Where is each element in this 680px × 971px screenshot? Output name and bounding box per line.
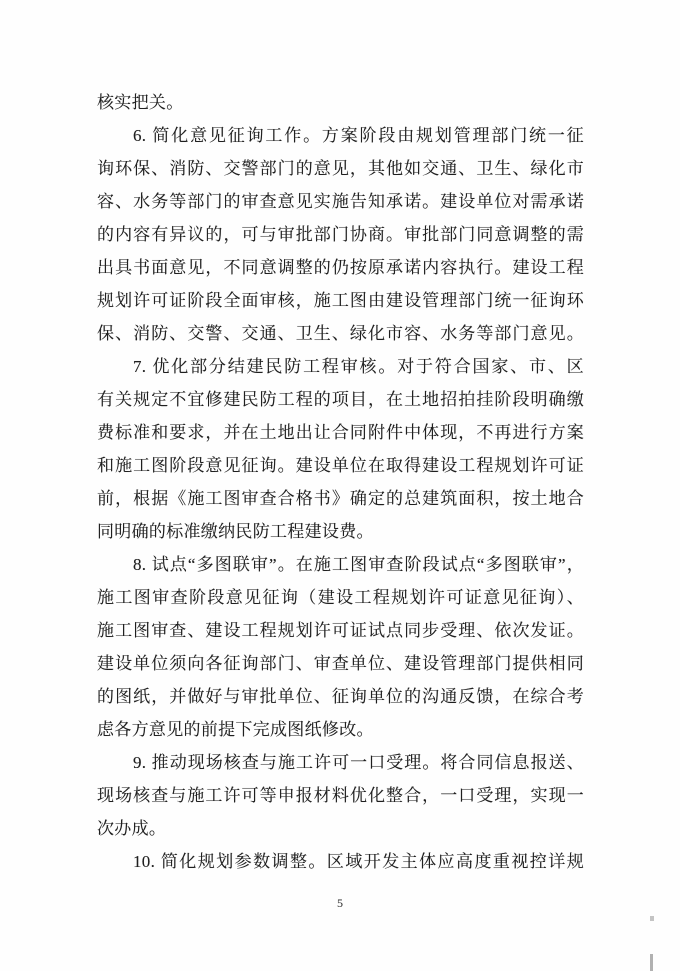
text-line: 7. 优化部分结建民防工程审核。对于符合国家、市、区	[97, 350, 584, 383]
scan-artifact-dash	[650, 916, 654, 921]
text-line: 次办成。	[97, 812, 584, 845]
text-line: 费标准和要求，并在土地出让合同附件中体现，不再进行方案	[97, 416, 584, 449]
text-line: 10. 简化规划参数调整。区域开发主体应高度重视控详规	[97, 845, 584, 878]
text-line: 前，根据《施工图审查合格书》确定的总建筑面积，按土地合	[97, 482, 584, 515]
text-line: 同明确的标准缴纳民防工程建设费。	[97, 515, 584, 548]
text-line: 6. 简化意见征询工作。方案阶段由规划管理部门统一征	[97, 119, 584, 152]
text-line: 有关规定不宜修建民防工程的项目，在土地招拍挂阶段明确缴	[97, 383, 584, 416]
text-line: 保、消防、交警、交通、卫生、绿化市容、水务等部门意见。	[97, 317, 584, 350]
document-body: 核实把关。6. 简化意见征询工作。方案阶段由规划管理部门统一征询环保、消防、交警…	[97, 86, 584, 878]
text-line: 出具书面意见，不同意调整的仍按原承诺内容执行。建设工程	[97, 251, 584, 284]
text-line: 和施工图阶段意见征询。建设单位在取得建设工程规划许可证	[97, 449, 584, 482]
text-line: 的图纸，并做好与审批单位、征询单位的沟通反馈，在综合考	[97, 680, 584, 713]
text-line: 询环保、消防、交警部门的意见，其他如交通、卫生、绿化市	[97, 152, 584, 185]
text-line: 的内容有异议的，可与审批部门协商。审批部门同意调整的需	[97, 218, 584, 251]
text-line: 9. 推动现场核查与施工许可一口受理。将合同信息报送、	[97, 746, 584, 779]
text-line: 建设单位须向各征询部门、审查单位、建设管理部门提供相同	[97, 647, 584, 680]
text-line: 核实把关。	[97, 86, 584, 119]
text-line: 现场核查与施工许可等申报材料优化整合，一口受理，实现一	[97, 779, 584, 812]
text-line: 施工图审查、建设工程规划许可证试点同步受理、依次发证。	[97, 614, 584, 647]
text-line: 8. 试点“多图联审”。在施工图审查阶段试点“多图联审”，	[97, 548, 584, 581]
text-line: 虑各方意见的前提下完成图纸修改。	[97, 713, 584, 746]
scan-artifact-line	[650, 954, 653, 971]
text-line: 规划许可证阶段全面审核，施工图由建设管理部门统一征询环	[97, 284, 584, 317]
text-line: 容、水务等部门的审查意见实施告知承诺。建设单位对需承诺	[97, 185, 584, 218]
page-number: 5	[0, 896, 680, 911]
scanned-document-page: 核实把关。6. 简化意见征询工作。方案阶段由规划管理部门统一征询环保、消防、交警…	[0, 0, 680, 971]
text-line: 施工图审查阶段意见征询（建设工程规划许可证意见征询）、	[97, 581, 584, 614]
